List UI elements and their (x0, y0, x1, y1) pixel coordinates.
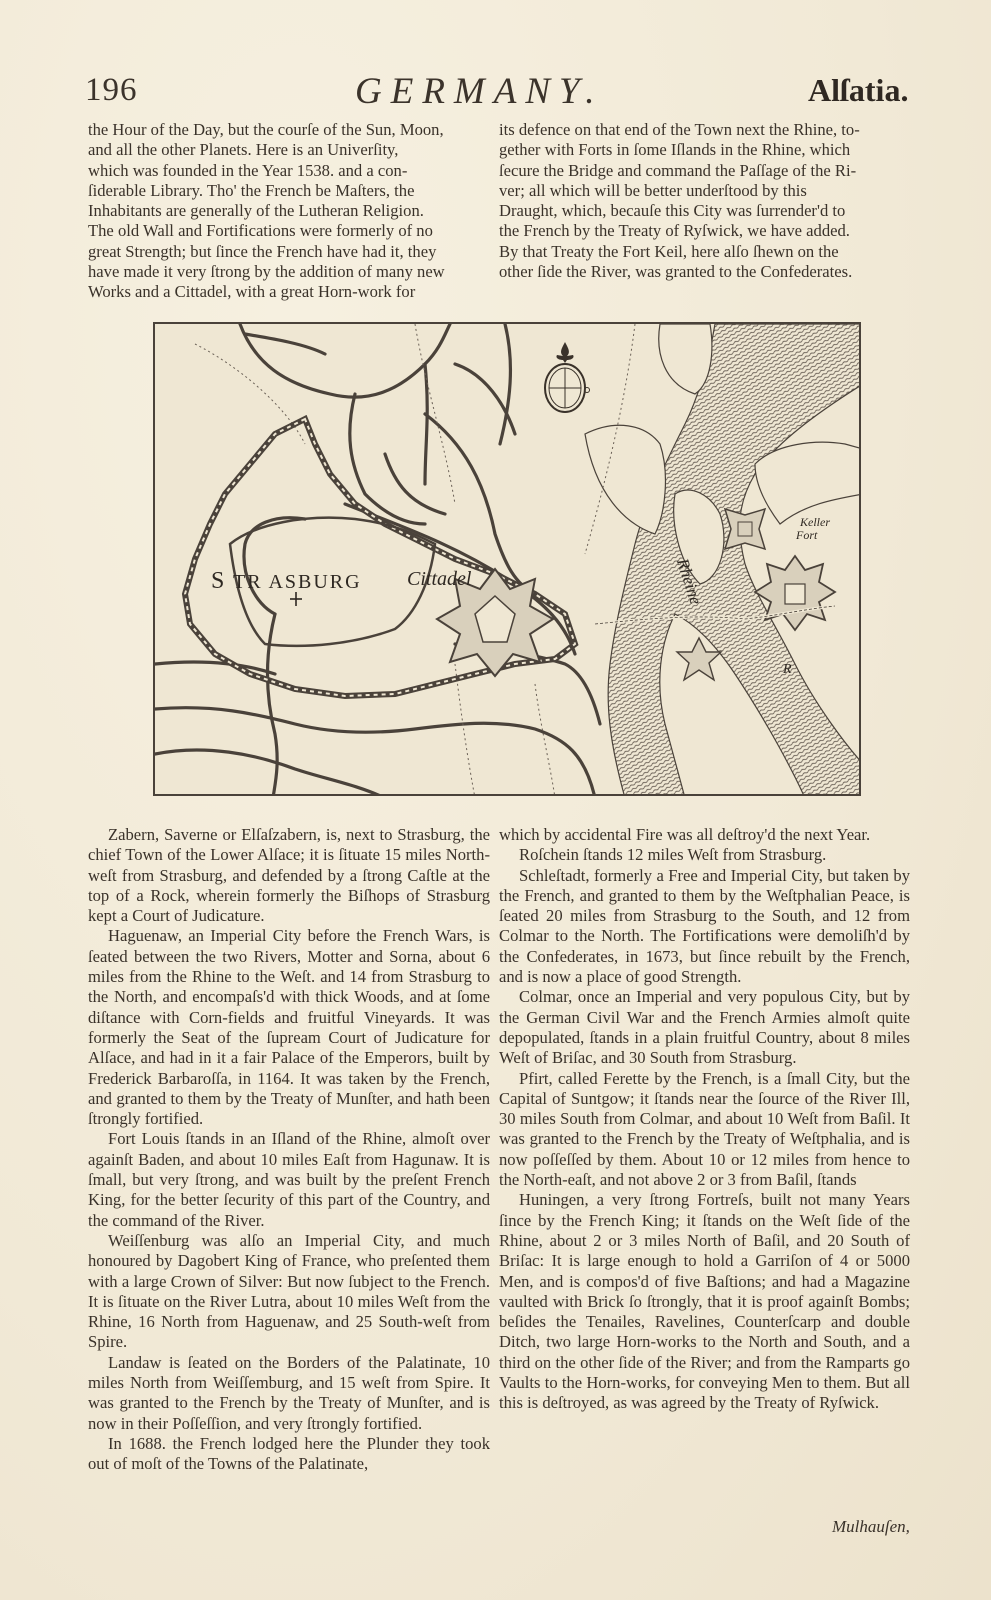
paragraph-roschein: Roſchein ſtands 12 miles Weſt from Stras… (499, 845, 910, 865)
paragraph-colmar: Colmar, once an Imperial and very populo… (499, 987, 910, 1068)
text-line: other ſide the River, was granted to the… (499, 262, 910, 282)
text-line: ver; all which will be better underſtood… (499, 181, 910, 201)
paragraph-schlestadt: Schleſtadt, formerly a Free and Imperial… (499, 866, 910, 988)
paragraph-landaw: Landaw is ſeated on the Borders of the P… (88, 1353, 490, 1434)
strasburg-map: S TR ASBURG Cittadel Rheine Keller Fort … (153, 322, 861, 796)
text-line: great Strength; but ſince the French hav… (88, 242, 490, 262)
paragraph-weissenburg: Weiſſenburg was alſo an Imperial City, a… (88, 1231, 490, 1353)
text-line: and all the other Planets. Here is an Un… (88, 140, 490, 160)
paragraph-fort-louis: Fort Louis ſtands in an Iſland of the Rh… (88, 1129, 490, 1230)
paragraph-haguenaw: Haguenaw, an Imperial City before the Fr… (88, 926, 490, 1129)
top-left-column: the Hour of the Day, but the courſe of t… (88, 120, 490, 303)
text-line: By that Treaty the Fort Keil, here alſo … (499, 242, 910, 262)
island-fort-icon (725, 509, 765, 549)
text-line: which was founded in the Year 1538. and … (88, 161, 490, 181)
keller-fort-icon (755, 556, 835, 630)
paragraph-1688: In 1688. the French lodged here the Plun… (88, 1434, 490, 1475)
text-line: Works and a Cittadel, with a great Horn-… (88, 282, 490, 302)
paragraph-pfirt: Pfirt, called Ferette by the French, is … (499, 1069, 910, 1191)
paragraph-huningen: Huningen, a very ſtrong Fortreſs, built … (499, 1190, 910, 1413)
bottom-left-column: Zabern, Saverne or Elſaſzabern, is, next… (88, 825, 490, 1475)
text-line: The old Wall and Fortifications were for… (88, 221, 490, 241)
text-line: the French by the Treaty of Ryſwick, we … (499, 221, 910, 241)
page-title: GERMANY. (355, 70, 603, 113)
map-engraving (155, 324, 861, 796)
text-line: Draught, which, becauſe this City was ſu… (499, 201, 910, 221)
map-label-strasburg: S TR ASBURG (211, 568, 362, 595)
paragraph-zabern: Zabern, Saverne or Elſaſzabern, is, next… (88, 825, 490, 926)
map-label-citadel: Cittadel (407, 568, 471, 591)
text-line: have made it very ſtrong by the addition… (88, 262, 490, 282)
text-line: gether with Forts in ſome Iſlands in the… (499, 140, 910, 160)
text-line: the Hour of the Day, but the courſe of t… (88, 120, 490, 140)
catchword: Mulhauſen, (832, 1517, 910, 1537)
map-label-river-r: R (783, 662, 792, 678)
map-label-fort: Fort (796, 528, 817, 543)
page-number: 196 (85, 72, 138, 109)
paragraph-fire: which by accidental Fire was all deſtroy… (499, 825, 910, 845)
bottom-right-column: which by accidental Fire was all deſtroy… (499, 825, 910, 1414)
text-line: Inhabitants are generally of the Luthera… (88, 201, 490, 221)
section-title: Alſatia. (808, 72, 908, 109)
compass-rose-icon (545, 342, 590, 412)
top-right-column: its defence on that end of the Town next… (499, 120, 910, 282)
text-line: ſiderable Library. Tho' the French be Ma… (88, 181, 490, 201)
running-head: 196 GERMANY. Alſatia. (0, 70, 991, 120)
text-line: its defence on that end of the Town next… (499, 120, 910, 140)
text-line: ſecure the Bridge and command the Paſſag… (499, 161, 910, 181)
